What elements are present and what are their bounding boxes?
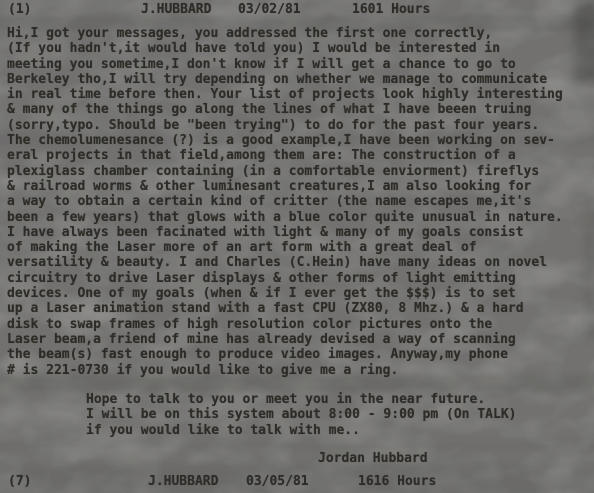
message-date: 03/02/81 [238,3,301,17]
next-message-author: J.HUBBARD [148,475,218,489]
scanned-message-page: (1) J.HUBBARD 03/02/81 1601 Hours Hi,I g… [0,0,594,493]
message-closing: Hope to talk to you or meet you in the n… [86,392,516,438]
next-message-header: (7) J.HUBBARD 03/05/81 1616 Hours [0,475,594,490]
scan-artifact-band [0,440,594,452]
message-header: (1) J.HUBBARD 03/02/81 1601 Hours [0,3,594,18]
message-body: Hi,I got your messages, you addressed th… [7,26,563,378]
message-signature: Jordan Hubbard [318,451,428,466]
message-time: 1601 Hours [352,3,430,17]
next-message-date: 03/05/81 [246,475,309,489]
scan-edge-smudge [584,208,594,338]
message-author: J.HUBBARD [141,3,211,17]
message-number: (1) [8,3,31,17]
next-message-time: 1616 Hours [358,475,436,489]
next-message-number: (7) [8,475,31,489]
